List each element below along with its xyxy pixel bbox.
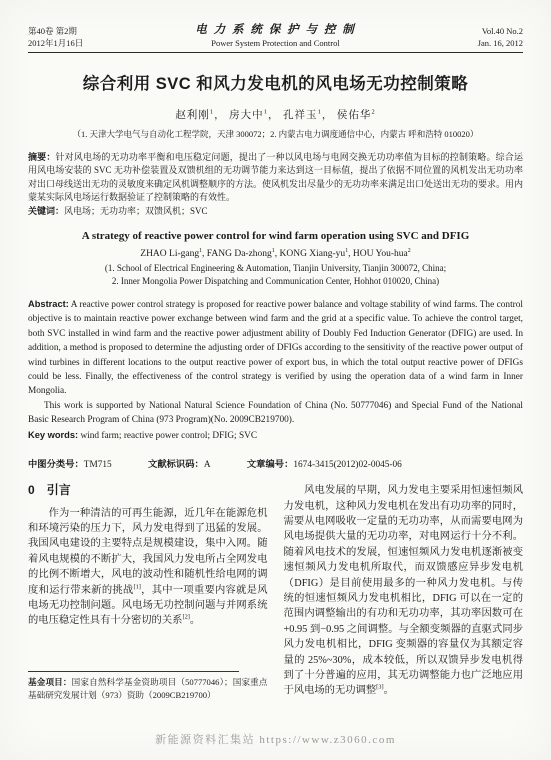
date-en: Jan. 16, 2012 [393, 37, 523, 49]
journal-title-en: Power System Protection and Control [158, 37, 393, 49]
affiliation-en-1: (1. School of Electrical Engineering & A… [28, 262, 523, 275]
keywords-cn: 关键词：风电场；无功功率；双馈风机；SVC [28, 205, 523, 218]
journal-header: 第40卷 第2期 2012年1月16日 电 力 系 统 保 护 与 控 制 Po… [28, 24, 523, 53]
paper-page: 第40卷 第2期 2012年1月16日 电 力 系 统 保 护 与 控 制 Po… [0, 0, 551, 760]
doc-code-label: 文献标识码： [148, 459, 204, 469]
abstract-en-label: Abstract: [28, 299, 69, 309]
volume-issue-en: Vol.40 No.2 [393, 25, 523, 37]
section-heading-intro: 0引言 [28, 483, 268, 498]
right-column: 风电发展的早期，风力发电主要采用恒速恒频风力发电机，这种风力发电机在发出有功功率… [284, 483, 524, 702]
keywords-en-text: wind farm; reactive power control; DFIG;… [78, 431, 257, 441]
paper-title-cn: 综合利用 SVC 和风力发电机的风电场无功控制策略 [28, 70, 523, 94]
abstract-cn-label: 摘要： [28, 152, 56, 162]
journal-title-cn: 电 力 系 统 保 护 与 控 制 [158, 24, 393, 37]
section-title: 引言 [47, 483, 71, 497]
abstract-en-text: A reactive power control strategy is pro… [28, 300, 523, 396]
keywords-cn-label: 关键词： [28, 206, 64, 216]
classification-line: 中图分类号：TM715 文献标识码：A 文章编号：1674-3415(2012)… [28, 456, 523, 470]
abstract-cn: 摘要：针对风电场的无功功率平衡和电压稳定问题，提出了一种以风电场与电网交换无功功… [28, 151, 523, 205]
abstract-cn-text: 针对风电场的无功功率平衡和电压稳定问题，提出了一种以风电场与电网交换无功功率值为… [28, 152, 523, 202]
date-cn: 2012年1月16日 [28, 37, 158, 49]
header-center: 电 力 系 统 保 护 与 控 制 Power System Protectio… [158, 24, 393, 49]
affiliation-en-2: 2. Inner Mongolia Power Dispatching and … [28, 275, 523, 288]
abstract-en: Abstract: A reactive power control strat… [28, 297, 523, 399]
doc-code-value: A [204, 460, 211, 470]
authors-en: ZHAO Li-gang1, FANG Da-zhong1, KONG Xian… [28, 249, 523, 259]
body-columns: 0引言 作为一种清洁的可再生能源，近几年在能源危机和环境污染的压力下，风力发电得… [28, 483, 523, 702]
funding-statement: This work is supported by National Natur… [28, 399, 523, 428]
authors-cn: 赵利刚1， 房大中1， 孔祥玉1， 侯佑华2 [28, 107, 523, 122]
clc-value: TM715 [84, 460, 112, 470]
article-id-group: 文章编号：1674-3415(2012)02-0045-06 [247, 460, 402, 470]
paper-title-en: A strategy of reactive power control for… [28, 230, 523, 242]
intro-paragraph-2: 风电发展的早期，风力发电主要采用恒速恒频风力发电机，这种风力发电机在发出有功功率… [284, 483, 524, 699]
watermark-text: 新能源资料汇集站 https://www.z3060.com [0, 731, 551, 747]
intro-paragraph: 作为一种清洁的可再生能源，近几年在能源危机和环境污染的压力下，风力发电得到了迅猛… [28, 506, 268, 629]
doc-code-group: 文献标识码：A [148, 460, 211, 470]
header-right: Vol.40 No.2 Jan. 16, 2012 [393, 25, 523, 49]
affiliations-cn: （1. 天津大学电气与自动化工程学院，天津 300072；2. 内蒙古电力调度通… [28, 128, 523, 140]
article-id-label: 文章编号： [247, 459, 294, 469]
affiliations-en: (1. School of Electrical Engineering & A… [28, 262, 523, 288]
keywords-en: Key words: wind farm; reactive power con… [28, 428, 523, 443]
header-left: 第40卷 第2期 2012年1月16日 [28, 25, 158, 49]
keywords-en-label: Key words: [28, 430, 78, 440]
funding-footnote: 基金项目：国家自然科学基金资助项目（50777046）；国家重点基础研究发展计划… [28, 676, 268, 702]
clc-group: 中图分类号：TM715 [28, 460, 112, 470]
article-id-value: 1674-3415(2012)02-0045-06 [293, 460, 401, 470]
funding-footnote-label: 基金项目： [28, 677, 72, 687]
keywords-cn-text: 风电场；无功功率；双馈风机；SVC [64, 206, 208, 216]
volume-issue-cn: 第40卷 第2期 [28, 25, 158, 37]
footnote-divider [28, 671, 239, 672]
clc-label: 中图分类号： [28, 459, 84, 469]
footnote-block: 基金项目：国家自然科学基金资助项目（50777046）；国家重点基础研究发展计划… [28, 671, 268, 702]
left-column: 0引言 作为一种清洁的可再生能源，近几年在能源危机和环境污染的压力下，风力发电得… [28, 483, 268, 702]
section-number: 0 [28, 483, 35, 497]
